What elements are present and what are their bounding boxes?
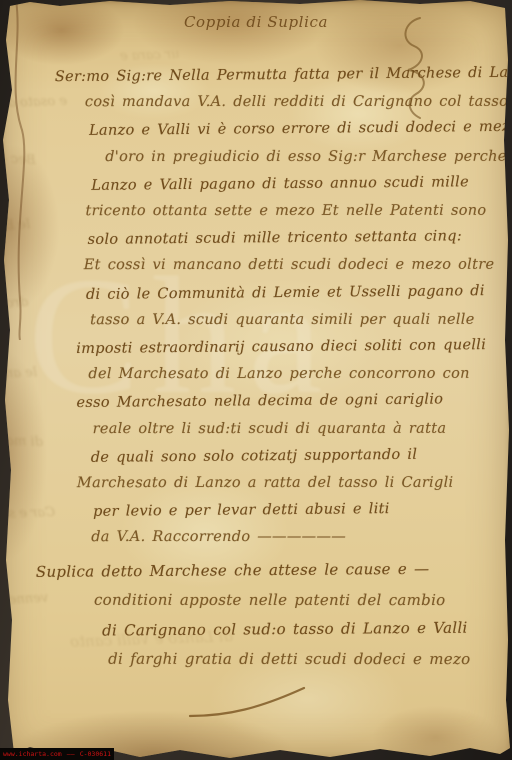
manuscript-line: tricento ottanta sette e mezo Et nelle P… bbox=[85, 198, 505, 226]
manuscript-line: per levio e per levar detti abusi e liti bbox=[93, 495, 507, 526]
manuscript-line: di ciò le Communità di Lemie et Usselli … bbox=[86, 278, 506, 309]
corner-flourish-icon bbox=[386, 12, 440, 124]
manuscript-paper: e osato alla Bec — le Baz dro e le ante … bbox=[0, 0, 512, 760]
manuscript-line: Lanzo e Valli vi è corso errore di scudi… bbox=[89, 114, 505, 145]
showthrough-fragment: dro e bbox=[0, 295, 29, 312]
manuscript-line: esso Marchesato nella decima de ogni car… bbox=[76, 386, 506, 417]
watermark-url: www.icharta.com bbox=[3, 750, 62, 758]
watermark-strip: www.icharta.com —— C-030611 bbox=[0, 748, 114, 760]
manuscript-line: reale oltre li sud:ti scudi di quaranta … bbox=[93, 415, 507, 443]
manuscript-line: tasso a V.A. scudi quaranta simili per q… bbox=[90, 307, 506, 335]
closing-flourish-icon bbox=[186, 684, 310, 720]
scanned-document: e osato alla Bec — le Baz dro e le ante … bbox=[0, 0, 512, 760]
watermark-divider: —— bbox=[67, 750, 75, 758]
showthrough-fragment: di mano bbox=[0, 433, 43, 450]
showthrough-fragment: le ante bbox=[0, 365, 37, 382]
manuscript-line: di Carignano col sud:o tasso di Lanzo e … bbox=[102, 613, 506, 646]
petition-body-paragraph: Ser:mo Sig:re Nella Permutta fatta per i… bbox=[49, 61, 508, 553]
manuscript-line: del Marchesato di Lanzo perche concorron… bbox=[88, 361, 506, 389]
manuscript-line: solo annotati scudi mille tricento setta… bbox=[88, 223, 506, 254]
showthrough-fragment: Car e sso bbox=[0, 505, 55, 522]
manuscript-line: de quali sono solo cotizatj supportando … bbox=[91, 441, 507, 472]
manuscript-line: imposti estraordinarij causano dieci sol… bbox=[76, 332, 506, 363]
watermark-code: C-030611 bbox=[80, 750, 111, 758]
showthrough-fragment: ur cara e bbox=[120, 47, 180, 64]
paper-tear-seam bbox=[0, 0, 46, 340]
manuscript-line: Suplica detto Marchese che attese le cau… bbox=[36, 554, 506, 587]
manuscript-line: d'oro in pregiudicio di esso Sig:r March… bbox=[105, 143, 505, 171]
manuscript-line: Lanzo e Valli pagano di tasso annuo scud… bbox=[91, 169, 505, 200]
showthrough-fragment: Bec — bbox=[0, 151, 36, 168]
manuscript-line: di farghi gratia di detti scudi dodeci e… bbox=[108, 644, 506, 674]
manuscript-line: così mandava V.A. delli redditi di Carig… bbox=[85, 89, 505, 117]
manuscript-line: Et cossì vi mancano detti scudi dodeci e… bbox=[84, 252, 506, 280]
showthrough-fragment: venne fa bbox=[0, 591, 49, 609]
manuscript-line: conditioni apposte nelle patenti del cam… bbox=[94, 585, 506, 615]
manuscript-line: Marchesato di Lanzo a ratta del tasso li… bbox=[77, 470, 507, 498]
petition-closing-paragraph: Suplica detto Marchese che attese le cau… bbox=[50, 555, 506, 675]
showthrough-fragment: le Baz bbox=[0, 217, 30, 233]
manuscript-line: da V.A. Raccorrendo —————— bbox=[91, 524, 507, 552]
